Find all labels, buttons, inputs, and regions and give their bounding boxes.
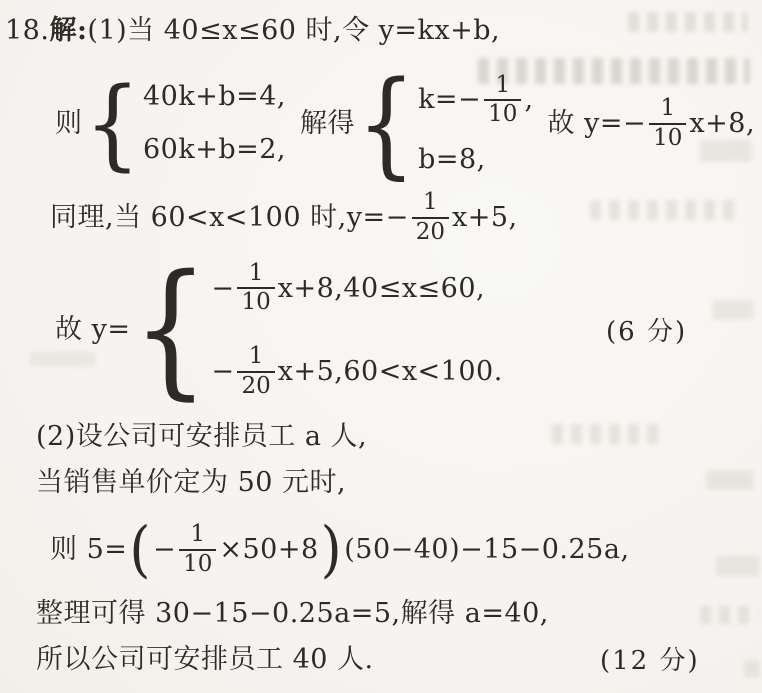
- numerator: 1: [247, 343, 266, 371]
- score-mark-12: (12 分): [600, 645, 700, 678]
- numerator: 1: [247, 260, 266, 288]
- denominator: 10: [484, 99, 521, 129]
- then-5-equals: 则 5=: [50, 533, 127, 567]
- left-brace: {: [357, 67, 416, 182]
- fraction-1-10: 1 10: [179, 521, 216, 578]
- left-brace: {: [132, 257, 209, 403]
- denominator: 10: [237, 287, 274, 317]
- fraction-1-10: 1 10: [649, 95, 686, 152]
- problem-number: 18.: [5, 14, 49, 48]
- scanned-solution-page: 18. 解: (1)当 40≤x≤60 时,令 y=kx+b, 则 { 40k+…: [0, 0, 762, 693]
- k-value: k=− 1 10 ,: [418, 72, 533, 129]
- bleedthrough-artifact: [552, 424, 662, 444]
- left-paren: (: [129, 520, 151, 580]
- piecewise-case-2: − 1 20 x+5,60<x<100.: [211, 343, 502, 400]
- line-4-piecewise: 故 y= { − 1 10 x+8,40≤x≤60, − 1 20 x+5,60…: [55, 252, 503, 408]
- piecewise-cases: − 1 10 x+8,40≤x≤60, − 1 20 x+5,60<x<100.: [211, 260, 502, 400]
- score-mark-6: (6 分): [606, 316, 687, 349]
- fraction-1-10: 1 10: [484, 72, 521, 129]
- b-value: b=8,: [418, 143, 533, 177]
- numerator: 1: [493, 72, 512, 100]
- similarly-text: 同理,当 60<x<100 时,y=−: [50, 201, 409, 235]
- line-3-similarly: 同理,当 60<x<100 时,y=− 1 20 x+5,: [50, 186, 518, 250]
- line-1: 18. 解: (1)当 40≤x≤60 时,令 y=kx+b,: [5, 14, 500, 48]
- x-plus-5: x+5,: [452, 201, 518, 235]
- equation-system: 40k+b=4, 60k+b=2,: [143, 71, 286, 176]
- denominator: 10: [179, 549, 216, 579]
- comma: ,: [524, 83, 533, 117]
- bleedthrough-artifact: [712, 300, 754, 320]
- numerator: 1: [658, 95, 677, 123]
- numerator: 1: [188, 521, 207, 549]
- x-plus-8: x+8,: [689, 107, 755, 141]
- case-2-condition: x+5,60<x<100.: [278, 355, 503, 389]
- so-y-equals: 故 y=−: [548, 107, 647, 141]
- minus-sign: −: [153, 533, 176, 567]
- solve-label: 解:: [49, 14, 87, 48]
- bleedthrough-artifact: [700, 606, 758, 624]
- line-7-equation: 则 5= ( − 1 10 ×50+8 ) (50−40)−15−0.25a,: [50, 512, 630, 588]
- right-paren: ): [321, 520, 343, 580]
- then-label: 则: [55, 107, 83, 141]
- line1-text: (1)当 40≤x≤60 时,令 y=kx+b,: [87, 14, 500, 48]
- denominator: 10: [649, 123, 686, 153]
- bleedthrough-artifact: [706, 470, 754, 490]
- line-6-price: 当销售单价定为 50 元时,: [36, 466, 346, 500]
- bleedthrough-artifact: [628, 12, 748, 32]
- times-50-plus-8: ×50+8: [219, 533, 318, 567]
- solve-obtain-label: 解得: [300, 107, 355, 141]
- solution-values: k=− 1 10 , b=8,: [418, 72, 533, 177]
- equation-tail: (50−40)−15−0.25a,: [344, 533, 629, 567]
- line-8-simplify: 整理可得 30−15−0.25a=5,解得 a=40,: [36, 597, 549, 631]
- so-y-equals: 故 y=: [55, 313, 130, 347]
- bleedthrough-artifact: [744, 660, 760, 678]
- equation-1: 40k+b=4,: [143, 71, 286, 124]
- denominator: 20: [412, 217, 449, 247]
- result-y-equation: 故 y=− 1 10 x+8,: [548, 95, 756, 152]
- fraction-1-20: 1 20: [237, 343, 274, 400]
- bleedthrough-artifact: [716, 556, 760, 576]
- fraction-1-20: 1 20: [412, 189, 449, 246]
- bleedthrough-artifact: [590, 200, 740, 220]
- line-9-conclusion: 所以公司可安排员工 40 人.: [36, 643, 374, 677]
- piecewise-case-1: − 1 10 x+8,40≤x≤60,: [211, 260, 502, 317]
- fraction-1-10: 1 10: [237, 260, 274, 317]
- left-brace: {: [85, 75, 142, 174]
- line-2-system-row: 则 { 40k+b=4, 60k+b=2, 解得 { k=− 1 10 , b=…: [55, 64, 755, 184]
- k-equals: k=−: [418, 83, 481, 117]
- equation-2: 60k+b=2,: [143, 124, 286, 177]
- numerator: 1: [421, 189, 440, 217]
- denominator: 20: [237, 371, 274, 401]
- minus-sign: −: [211, 272, 234, 306]
- line-5-part2: (2)设公司可安排员工 a 人,: [36, 420, 367, 454]
- case-1-condition: x+8,40≤x≤60,: [278, 272, 485, 306]
- minus-sign: −: [211, 355, 234, 389]
